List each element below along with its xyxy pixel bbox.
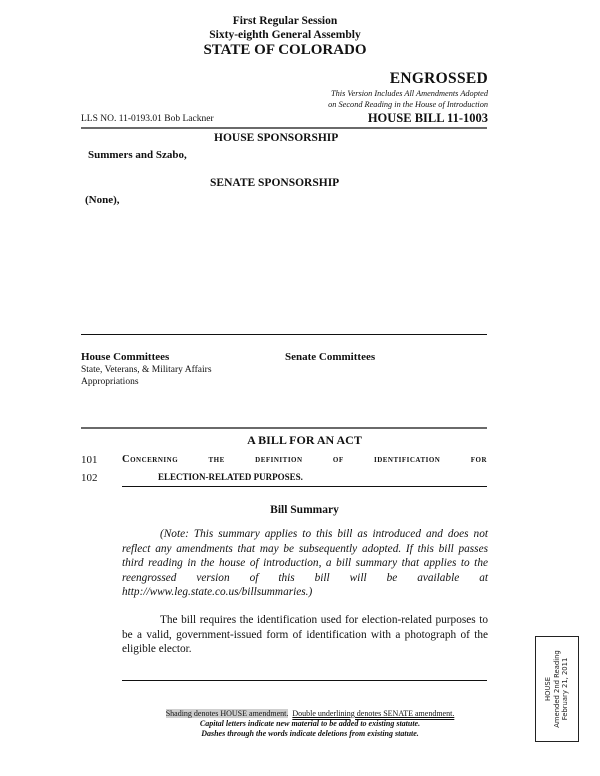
senate-sponsorship-heading: SENATE SPONSORSHIP bbox=[210, 177, 339, 189]
house-committee-item: State, Veterans, & Military Affairs bbox=[81, 365, 212, 375]
dashes-legend: Dashes through the words indicate deleti… bbox=[130, 729, 490, 738]
version-note-line2: on Second Reading in the House of Introd… bbox=[328, 100, 488, 109]
capital-letters-legend: Capital letters indicate new material to… bbox=[130, 719, 490, 728]
house-sponsors: Summers and Szabo, bbox=[88, 149, 187, 161]
summary-body: The bill requires the identification use… bbox=[122, 613, 488, 657]
house-committee-item: Appropriations bbox=[81, 377, 139, 387]
amendment-legend: Shading denotes HOUSE amendment. Double … bbox=[130, 709, 490, 718]
house-committees-heading: House Committees bbox=[81, 351, 169, 363]
session-label: First Regular Session bbox=[180, 15, 390, 27]
title-end-divider bbox=[122, 486, 487, 487]
line-number: 102 bbox=[81, 472, 98, 484]
senate-committees-heading: Senate Committees bbox=[285, 351, 375, 363]
stamp-action: Amended 2nd Reading bbox=[553, 639, 562, 739]
assembly-label: Sixty-eighth General Assembly bbox=[180, 29, 390, 41]
house-amendment-legend: Shading denotes HOUSE amendment. bbox=[166, 709, 289, 718]
stamp-chamber: HOUSE bbox=[544, 639, 553, 739]
header-divider bbox=[81, 127, 487, 129]
stamp-date: February 21, 2011 bbox=[561, 639, 570, 739]
bill-title-line: Concerning the definition of identificat… bbox=[122, 454, 487, 465]
stamp-text: HOUSE Amended 2nd Reading February 21, 2… bbox=[544, 639, 570, 739]
bill-for-an-act-heading: A BILL FOR AN ACT bbox=[122, 433, 487, 448]
bill-title-line: ELECTION-RELATED PURPOSES. bbox=[158, 472, 303, 482]
bill-summary-heading: Bill Summary bbox=[122, 504, 487, 516]
lls-number: LLS NO. 11-0193.01 Bob Lackner bbox=[81, 114, 214, 124]
senate-sponsors: (None), bbox=[85, 194, 120, 206]
bill-number: HOUSE BILL 11-1003 bbox=[368, 111, 488, 126]
state-label: STATE OF COLORADO bbox=[180, 42, 390, 59]
version-status: ENGROSSED bbox=[390, 70, 488, 88]
amendment-stamp: HOUSE Amended 2nd Reading February 21, 2… bbox=[535, 636, 579, 742]
summary-note: (Note: This summary applies to this bill… bbox=[122, 527, 488, 600]
house-sponsorship-heading: HOUSE SPONSORSHIP bbox=[214, 132, 338, 144]
sponsorship-divider bbox=[81, 334, 487, 335]
summary-end-divider bbox=[122, 680, 487, 681]
bill-title-divider bbox=[81, 427, 487, 429]
senate-amendment-legend: Double underlining denotes SENATE amendm… bbox=[292, 709, 454, 718]
version-note-line1: This Version Includes All Amendments Ado… bbox=[331, 89, 488, 98]
line-number: 101 bbox=[81, 454, 98, 466]
